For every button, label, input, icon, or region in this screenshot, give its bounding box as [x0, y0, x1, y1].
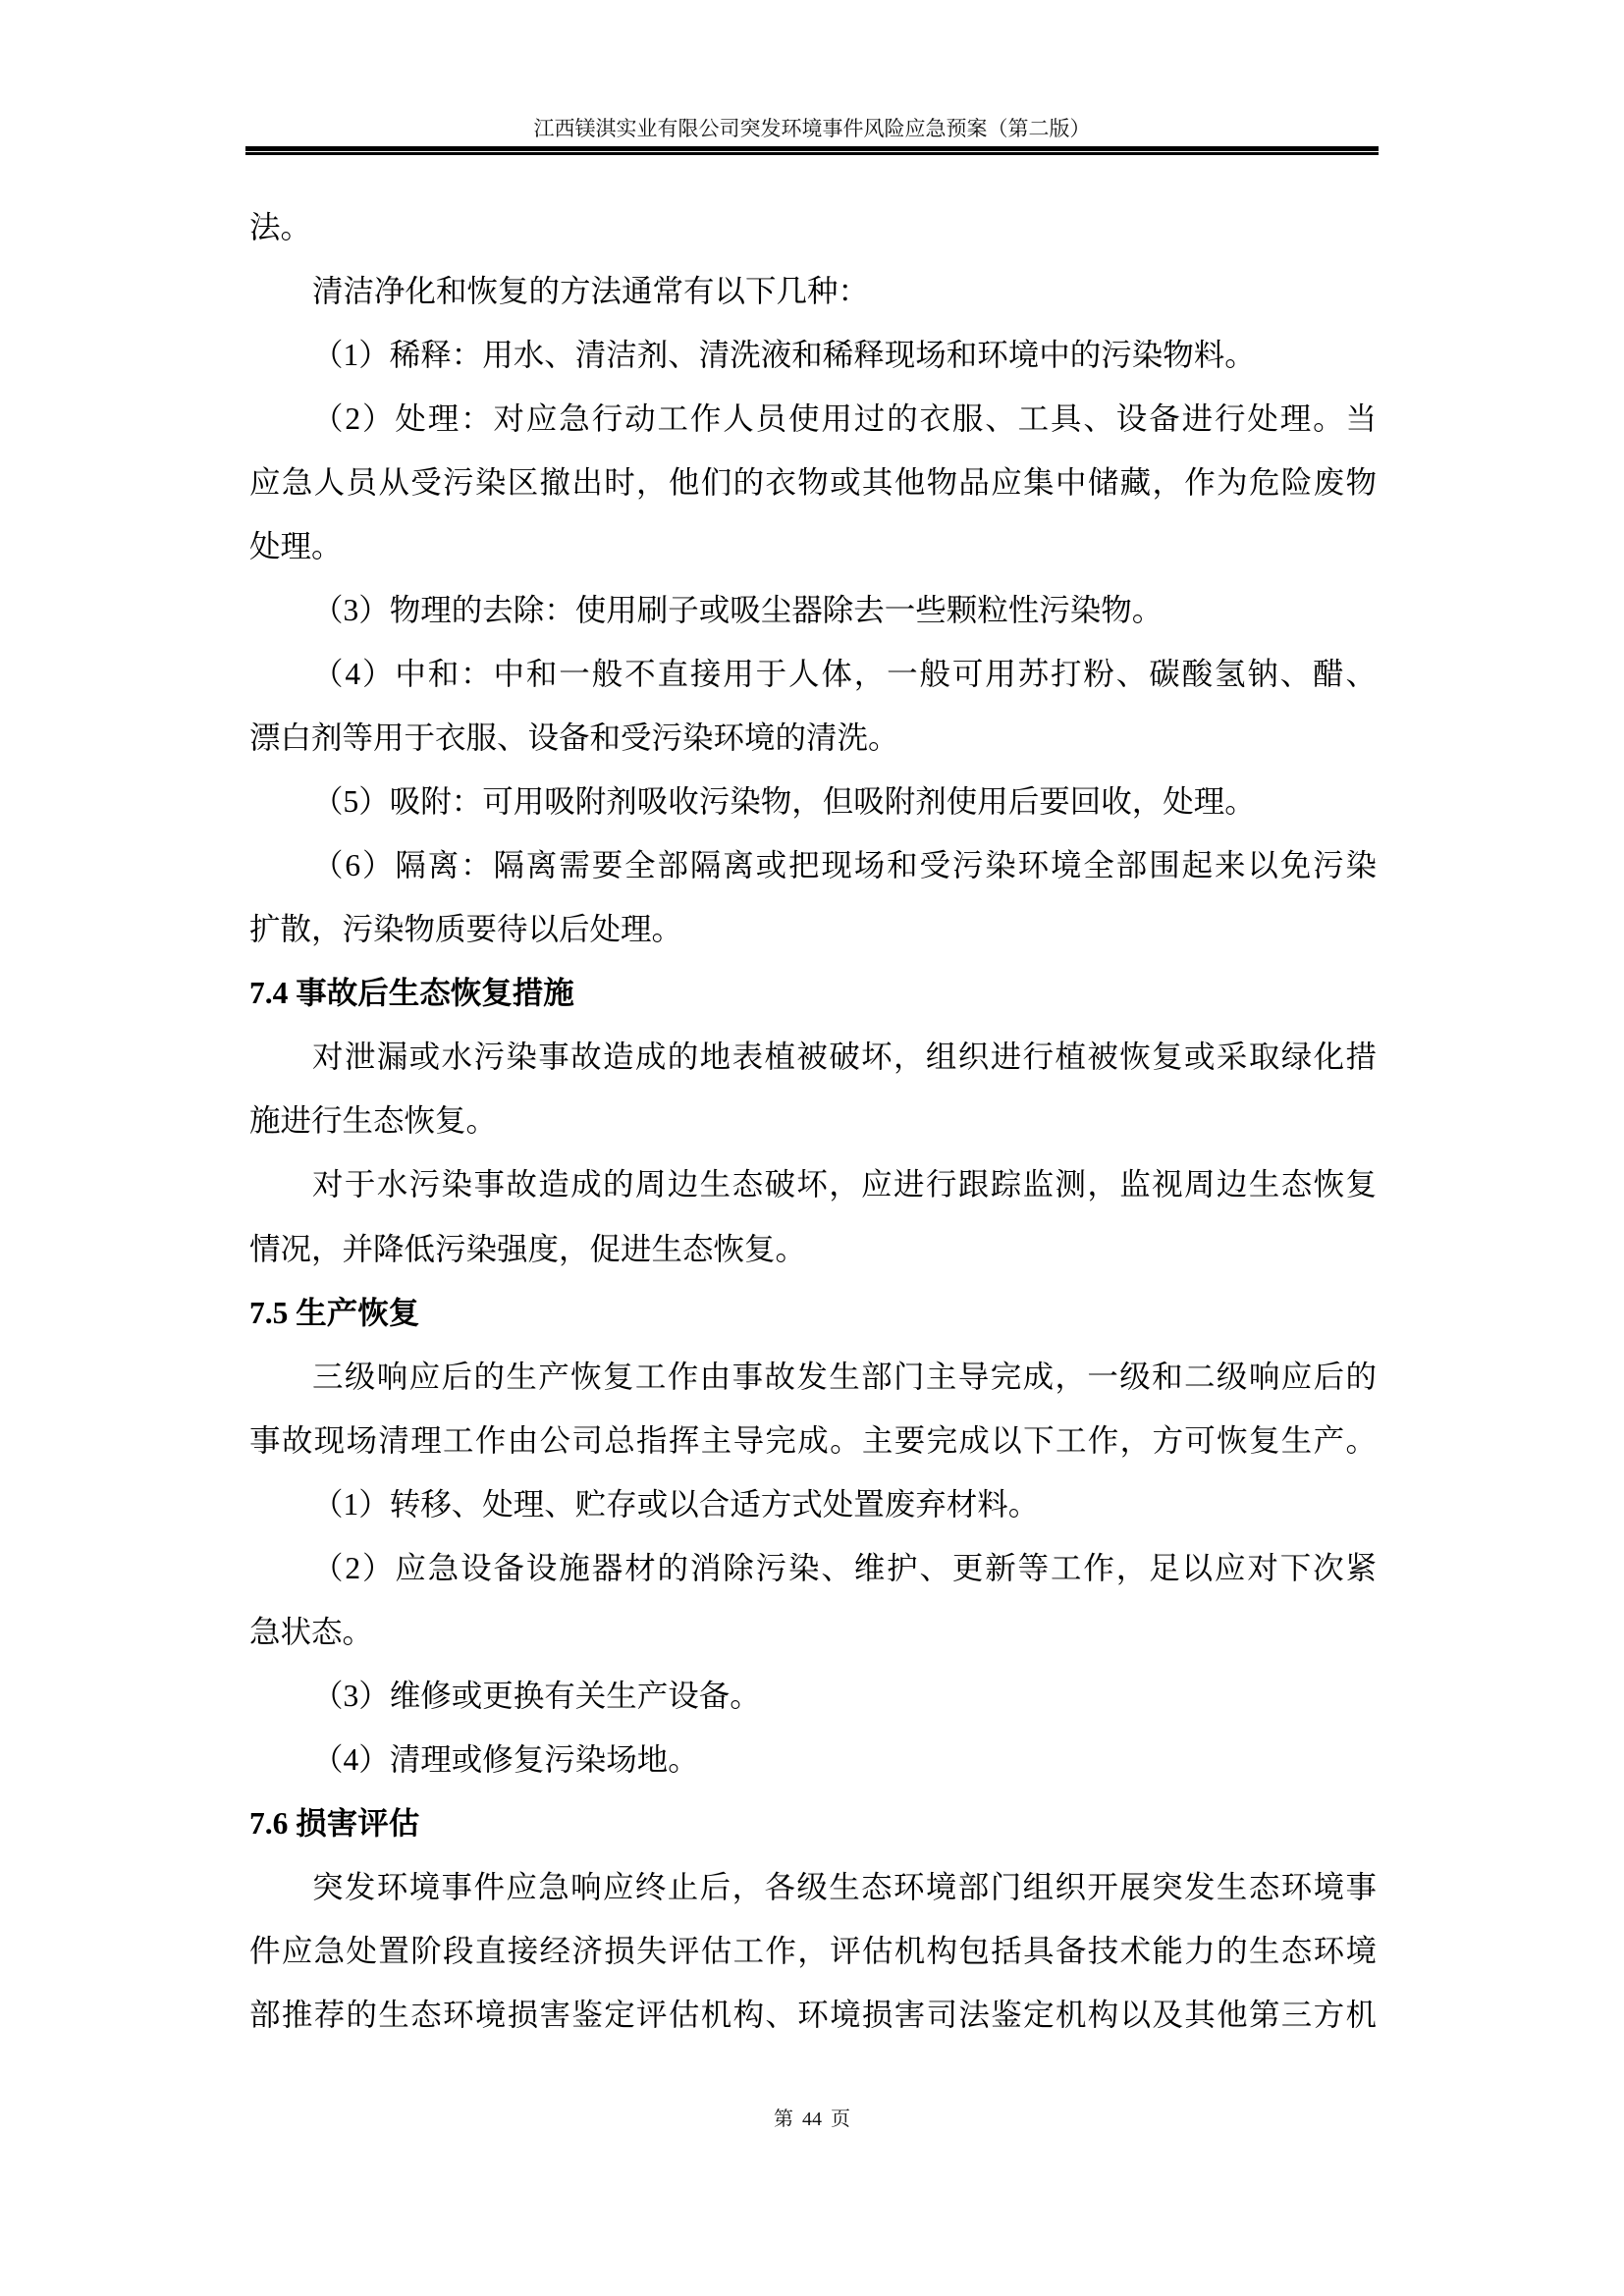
body-line: （1）稀释：用水、清洁剂、清洗液和稀释现场和环境中的污染物料。	[249, 323, 1377, 387]
body-line: （3）维修或更换有关生产设备。	[249, 1664, 1377, 1728]
page-number: 第 44 页	[0, 2107, 1624, 2132]
body-line: 对泄漏或水污染事故造成的地表植被破坏，组织进行植被恢复或采取绿化措	[249, 1025, 1377, 1089]
body-line: 施进行生态恢复。	[249, 1089, 1377, 1152]
header-rule-thin	[245, 152, 1379, 155]
body-text: 法。清洁净化和恢复的方法通常有以下几种：（1）稀释：用水、清洁剂、清洗液和稀释现…	[249, 195, 1377, 2047]
document-page: 江西镁淇实业有限公司突发环境事件风险应急预案（第二版） 法。清洁净化和恢复的方法…	[0, 0, 1624, 2296]
body-line: （6）隔离：隔离需要全部隔离或把现场和受污染环境全部围起来以免污染	[249, 833, 1377, 897]
body-line: （4）中和：中和一般不直接用于人体，一般可用苏打粉、碳酸氢钠、醋、	[249, 642, 1377, 706]
running-header-title: 江西镁淇实业有限公司突发环境事件风险应急预案（第二版）	[245, 116, 1379, 141]
body-line: 件应急处置阶段直接经济损失评估工作，评估机构包括具备技术能力的生态环境	[249, 1919, 1377, 1983]
body-line: 应急人员从受污染区撤出时，他们的衣物或其他物品应集中储藏，作为危险废物	[249, 451, 1377, 514]
body-line: （5）吸附：可用吸附剂吸收污染物，但吸附剂使用后要回收，处理。	[249, 770, 1377, 833]
body-line: （3）物理的去除：使用刷子或吸尘器除去一些颗粒性污染物。	[249, 578, 1377, 642]
body-line: （2）应急设备设施器材的消除污染、维护、更新等工作，足以应对下次紧	[249, 1536, 1377, 1600]
body-line: 漂白剂等用于衣服、设备和受污染环境的清洗。	[249, 706, 1377, 770]
body-line: 部推荐的生态环境损害鉴定评估机构、环境损害司法鉴定机构以及其他第三方机	[249, 1983, 1377, 2047]
body-line: 处理。	[249, 514, 1377, 578]
body-line: 急状态。	[249, 1600, 1377, 1664]
body-line: （4）清理或修复污染场地。	[249, 1728, 1377, 1791]
body-line: 清洁净化和恢复的方法通常有以下几种：	[249, 259, 1377, 323]
body-line: 三级响应后的生产恢复工作由事故发生部门主导完成，一级和二级响应后的	[249, 1345, 1377, 1409]
body-line: 扩散，污染物质要待以后处理。	[249, 897, 1377, 961]
body-line: 法。	[249, 195, 1377, 259]
body-line: （2）处理：对应急行动工作人员使用过的衣服、工具、设备进行处理。当	[249, 387, 1377, 451]
body-line: 突发环境事件应急响应终止后，各级生态环境部门组织开展突发生态环境事	[249, 1855, 1377, 1919]
section-heading: 7.6 损害评估	[249, 1791, 1377, 1855]
section-heading: 7.4 事故后生态恢复措施	[249, 961, 1377, 1025]
body-line: 情况，并降低污染强度，促进生态恢复。	[249, 1217, 1377, 1281]
header-rule-thick	[245, 146, 1379, 151]
section-heading: 7.5 生产恢复	[249, 1281, 1377, 1345]
body-line: （1）转移、处理、贮存或以合适方式处置废弃材料。	[249, 1472, 1377, 1536]
body-line: 对于水污染事故造成的周边生态破坏，应进行跟踪监测，监视周边生态恢复	[249, 1152, 1377, 1216]
body-line: 事故现场清理工作由公司总指挥主导完成。主要完成以下工作，方可恢复生产。	[249, 1409, 1377, 1472]
